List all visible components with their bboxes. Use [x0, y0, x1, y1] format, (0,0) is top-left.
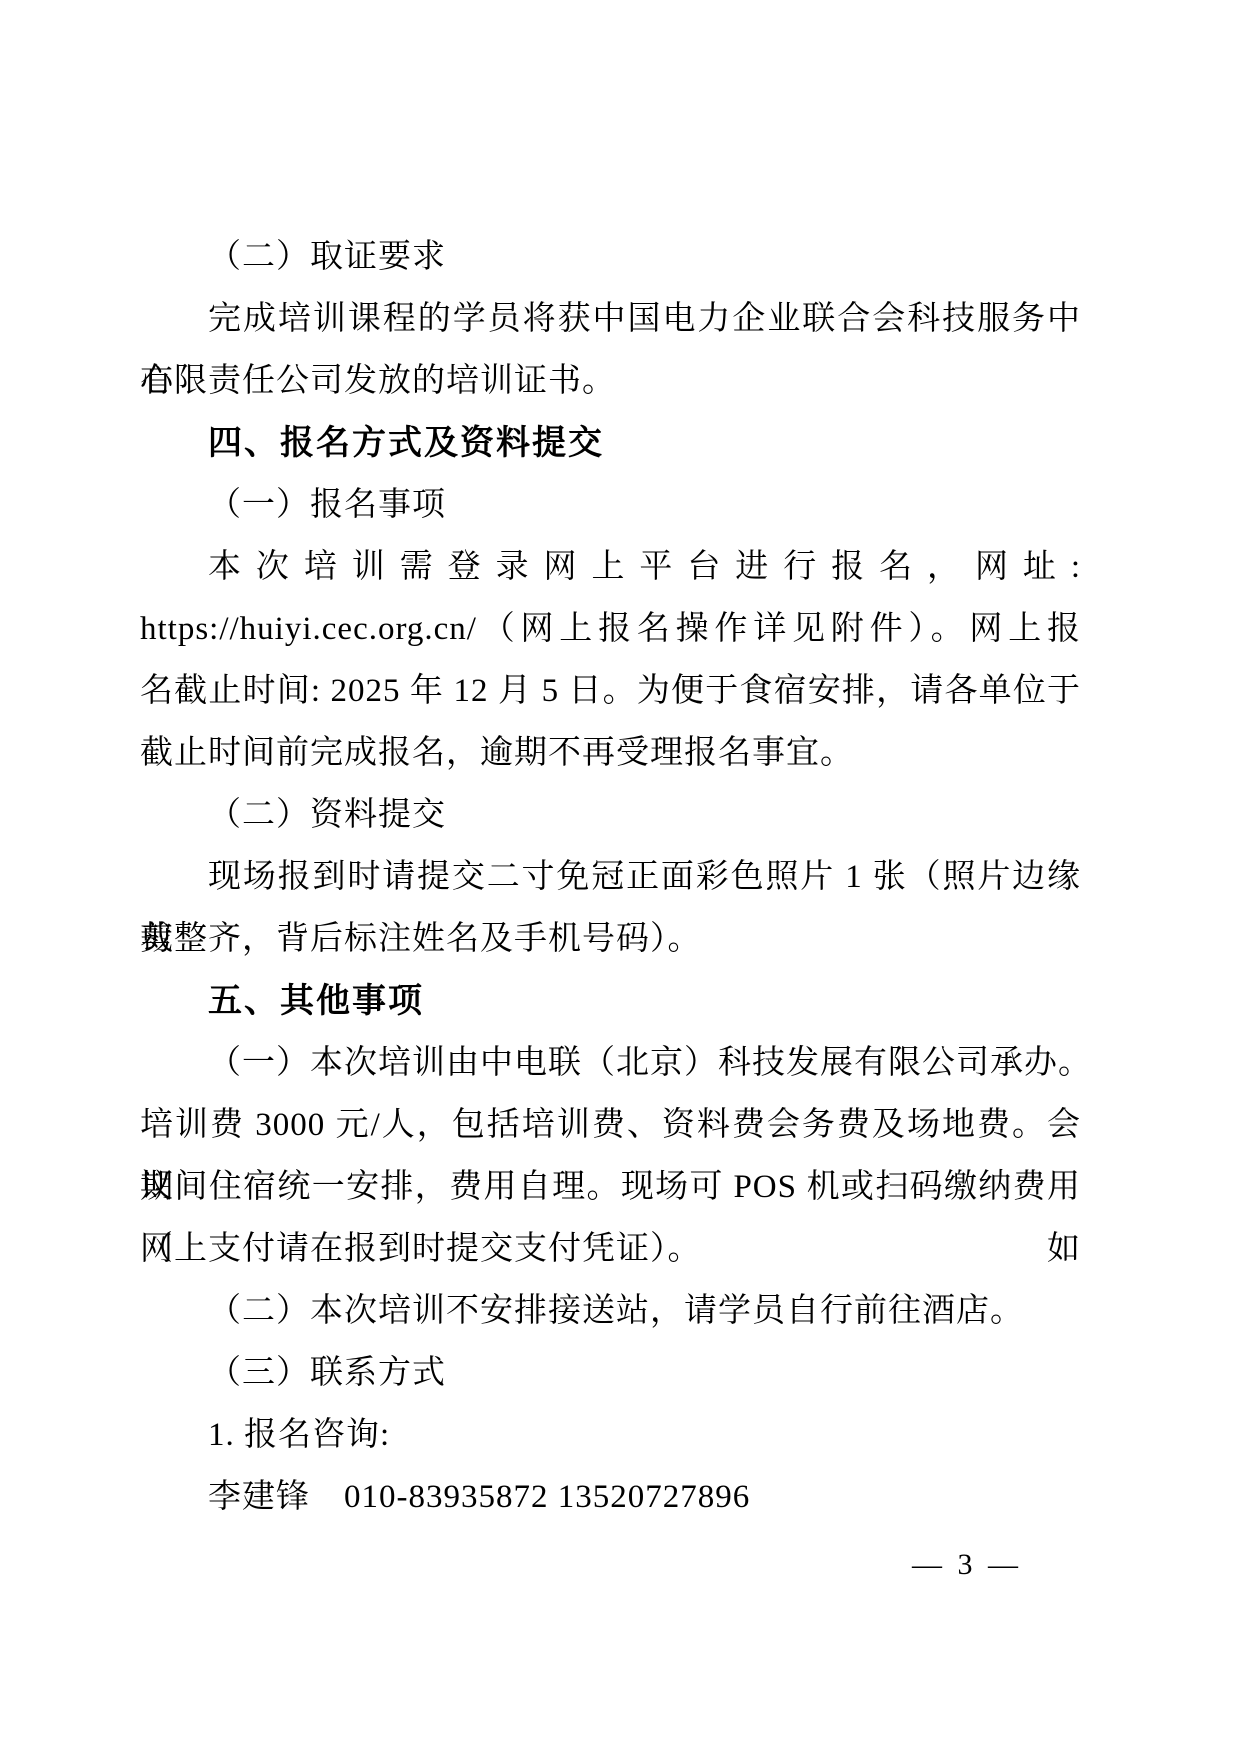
- contact-consult-label: 1. 报名咨询:: [140, 1404, 1081, 1466]
- contact-person-phone: 李建锋 010-83935872 13520727896: [140, 1466, 1081, 1528]
- page-number: — 3 —: [912, 1548, 1022, 1582]
- para-organizer-line-2-fee: 培训费 3000 元/人，包括培训费、资料费会务费及场地费。会议: [140, 1094, 1081, 1156]
- section-heading-other-matters: 五、其他事项: [140, 970, 1081, 1032]
- subsection-heading-certification: （二）取证要求: [140, 226, 1081, 288]
- document-body: （二）取证要求 完成培训课程的学员将获中国电力企业联合会科技服务中心 有限责任公…: [140, 226, 1081, 1528]
- para-materials-line-1: 现场报到时请提交二寸免冠正面彩色照片 1 张（照片边缘剪: [140, 846, 1081, 908]
- subsection-heading-signup-matters: （一）报名事项: [140, 474, 1081, 536]
- para-materials-line-2: 裁整齐，背后标注姓名及手机号码）。: [140, 908, 1081, 970]
- para-organizer-line-3-payment: 期间住宿统一安排，费用自理。现场可 POS 机或扫码缴纳费用（如: [140, 1156, 1081, 1218]
- para-certification-line-2: 有限责任公司发放的培训证书。: [140, 350, 1081, 412]
- para-certification-line-1: 完成培训课程的学员将获中国电力企业联合会科技服务中心: [140, 288, 1081, 350]
- subsection-heading-materials: （二）资料提交: [140, 784, 1081, 846]
- subsection-heading-contact: （三）联系方式: [140, 1342, 1081, 1404]
- document-page: （二）取证要求 完成培训课程的学员将获中国电力企业联合会科技服务中心 有限责任公…: [0, 0, 1241, 1754]
- section-heading-registration: 四、报名方式及资料提交: [140, 412, 1081, 474]
- para-signup-line-2-url: https://huiyi.cec.org.cn/（网上报名操作详见附件）。网上…: [140, 598, 1081, 660]
- para-signup-line-4: 截止时间前完成报名，逾期不再受理报名事宜。: [140, 722, 1081, 784]
- para-signup-line-1: 本次培训需登录网上平台进行报名，网址:: [140, 536, 1081, 598]
- para-signup-line-3-deadline: 名截止时间: 2025 年 12 月 5 日。为便于食宿安排，请各单位于: [140, 660, 1081, 722]
- para-organizer-line-1: （一）本次培训由中电联（北京）科技发展有限公司承办。: [140, 1032, 1081, 1094]
- para-shuttle-notice: （二）本次培训不安排接送站，请学员自行前往酒店。: [140, 1280, 1081, 1342]
